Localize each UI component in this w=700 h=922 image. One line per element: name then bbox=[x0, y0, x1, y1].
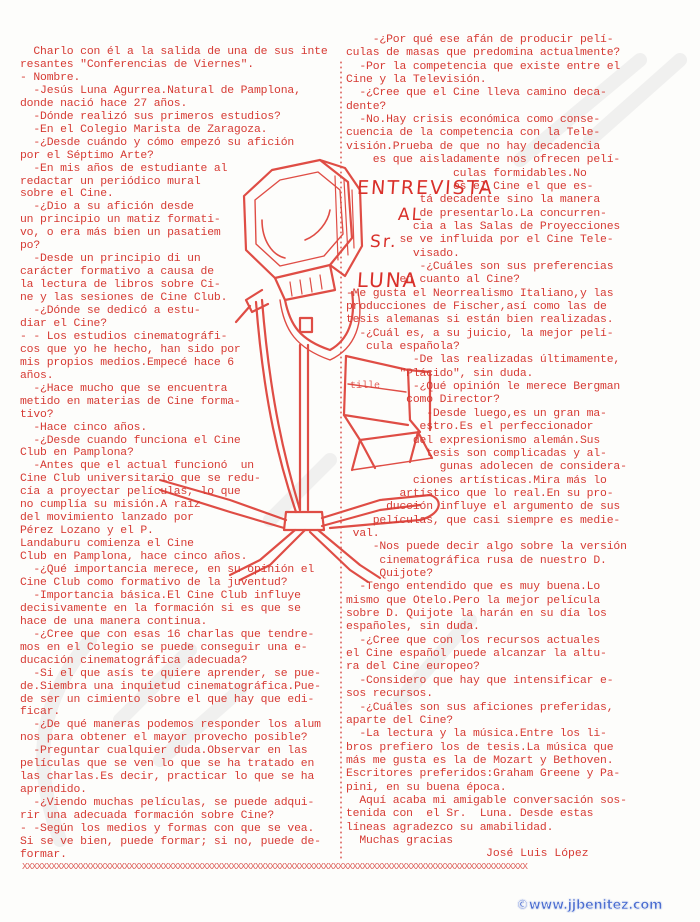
left-column-line: -¿Desde cuándo y cómo empezó su afición bbox=[20, 137, 294, 150]
right-column-line: más me gusta es la de Mozart y Bethoven. bbox=[346, 755, 613, 768]
left-column-line: -¿Viendo muchas películas, se puede adqu… bbox=[20, 797, 314, 810]
left-column-line: ducación cinematográfica adecuada? bbox=[20, 655, 247, 668]
right-column-line: culas formidables.No bbox=[346, 168, 587, 181]
right-column-line: españoles, sin duda. bbox=[346, 621, 480, 634]
right-column-line: -Considero que hay que intensificar e- bbox=[346, 675, 613, 688]
right-column-line: bros prefiero los de tesis.La música que bbox=[346, 742, 613, 755]
right-column-line: Escritores preferidos:Graham Greene y Pa… bbox=[346, 768, 620, 781]
right-column-line: ducción influye el argumento de sus bbox=[346, 501, 620, 514]
right-column-line: se ve influida por el Cine Tele- bbox=[346, 234, 613, 247]
left-column-line: - - Los estudios cinematográfi- bbox=[20, 331, 227, 344]
left-column-line: diar el Cine? bbox=[20, 318, 107, 331]
left-column-line: Pérez Lozano y el P. bbox=[20, 525, 154, 538]
left-column-line: Si se ve bien, puede formar; si no, pued… bbox=[20, 836, 321, 849]
right-column-line: tesis son complicadas y al- bbox=[346, 448, 607, 461]
left-column-line: -Importancia básica.El Cine Club influye bbox=[20, 590, 301, 603]
right-column-line: visado. bbox=[346, 248, 460, 261]
right-column-line: -¿Cuáles son sus preferencias bbox=[346, 261, 613, 274]
left-column-line: -En mis años de estudiante al bbox=[20, 163, 227, 176]
right-column-line: producciones de Fischer,así como las de bbox=[346, 301, 607, 314]
right-column-line: en cuanto al Cine? bbox=[346, 274, 520, 287]
right-column-line: culas de masas que predomina actualmente… bbox=[346, 47, 620, 60]
left-column-line: tivo? bbox=[20, 409, 53, 422]
left-column-line: resantes "Conferencias de Viernes". bbox=[20, 59, 254, 72]
left-column-line: formar. bbox=[20, 849, 67, 862]
right-column-line: como Director? bbox=[346, 394, 500, 407]
right-column-line: Muchas gracias bbox=[346, 835, 453, 848]
left-column-line: no cumplía su misión.A raíz bbox=[20, 499, 201, 512]
left-column-line: donde nació hace 27 años. bbox=[20, 98, 187, 111]
left-column-line: las charlas.Es decir, practicar lo que s… bbox=[20, 771, 314, 784]
right-column-line: cuencia de la competencia con la Tele- bbox=[346, 127, 600, 140]
left-column-line: -Hace cinco años. bbox=[20, 422, 147, 435]
right-column-line: dente? bbox=[346, 101, 386, 114]
left-column-line: carácter formativo a causa de bbox=[20, 266, 214, 279]
left-column-line: Club en Pamplona, hace cinco años. bbox=[20, 551, 247, 564]
right-column-line: artístico que lo real.En su pro- bbox=[346, 488, 613, 501]
right-column-line: -Nos puede decir algo sobre la versión bbox=[346, 541, 627, 554]
right-column-line: el Cine español puede alcanzar la altu- bbox=[346, 648, 607, 661]
left-column-line: ficar. bbox=[20, 706, 60, 719]
right-column-line: val. bbox=[346, 528, 379, 541]
left-column-line: redactar un periódico mural bbox=[20, 176, 201, 189]
footer-x-rule: XXXXXXXXXXXXXXXXXXXXXXXXXXXXXXXXXXXXXXXX… bbox=[22, 862, 662, 872]
right-column-line: es que aisladamente nos ofrecen pelí- bbox=[346, 154, 620, 167]
left-column-line: -¿De qué maneras podemos responder los a… bbox=[20, 719, 321, 732]
left-column-line: -¿Dio a su afición desde bbox=[20, 201, 194, 214]
left-column-line: años. bbox=[20, 370, 53, 383]
left-column-line: -Si el que asís te quiere aprender, se p… bbox=[20, 668, 321, 681]
copyright-watermark: ©www.jjbenitez.com bbox=[516, 898, 662, 913]
right-column-line: aparte del Cine? bbox=[346, 715, 453, 728]
right-column-line: Cine y la Televisión. bbox=[346, 74, 486, 87]
left-column-line: -Preguntar cualquier duda.Observar en la… bbox=[20, 745, 307, 758]
right-column-line: "Plácido", sin duda. bbox=[346, 368, 533, 381]
right-column-line: tesis alemanas si están bien realizadas. bbox=[346, 314, 613, 327]
right-column-line: -¿Cuáles son sus aficiones preferidas, bbox=[346, 702, 613, 715]
typewritten-page: tille ENTREVISTA AL Sr. LUNA Charlo con … bbox=[0, 0, 700, 922]
left-column-line: -Dónde realizó sus primeros estudios? bbox=[20, 111, 281, 124]
left-column-line: - Nombre. bbox=[20, 72, 80, 85]
left-column-line: -¿Hace mucho que se encuentra bbox=[20, 383, 227, 396]
left-column-line: -¿Desde cuando funciona el Cine bbox=[20, 435, 241, 448]
right-column-line: visión.Prueba de que no hay decadencia bbox=[346, 141, 600, 154]
left-column-line: hace de una manera continua. bbox=[20, 616, 207, 629]
right-column-line: -¿Cree que el Cine lleva camino deca- bbox=[346, 87, 607, 100]
left-column-line: -En el Colegio Marista de Zaragoza. bbox=[20, 124, 267, 137]
right-column-line: -No.Hay crisis económica como conse- bbox=[346, 114, 600, 127]
right-column-line: -Por la competencia que existe entre el bbox=[346, 61, 620, 74]
left-column-line: Cine Club universitario que se redu- bbox=[20, 473, 261, 486]
right-column-line: del expresionismo alemán.Sus bbox=[346, 435, 600, 448]
right-column-line: cula española? bbox=[346, 341, 460, 354]
left-column-line: rir una adecuada formación sobre Cine? bbox=[20, 810, 274, 823]
right-column-line: Aquí acaba mi amigable conversación sos- bbox=[346, 795, 627, 808]
left-column-line: por el Séptimo Arte? bbox=[20, 150, 154, 163]
left-column-line: Cine Club como formativo de la juventud? bbox=[20, 577, 287, 590]
right-column-line: cinematográfica rusa de nuestro D. bbox=[346, 555, 607, 568]
left-column-line: -Jesús Luna Agurrea.Natural de Pamplona, bbox=[20, 85, 301, 98]
column-divider bbox=[338, 60, 344, 860]
left-column-line: -Desde un principio di un bbox=[20, 253, 201, 266]
left-column-line: cos que yo he hecho, han sido por bbox=[20, 344, 241, 357]
right-column-line: tá decadente sino la manera bbox=[346, 194, 600, 207]
left-column-line: Charlo con él a la salida de una de sus … bbox=[20, 46, 328, 59]
right-column-line: -Me gusta el Neorrealismo Italiano,y las bbox=[346, 288, 613, 301]
left-column-line: po? bbox=[20, 240, 40, 253]
left-column-line: vo, o era más bien un pasatiem bbox=[20, 227, 221, 240]
left-column-line: -¿Cree que con esas 16 charlas que tendr… bbox=[20, 629, 314, 642]
left-column-line: decisivamente en la formación si es que … bbox=[20, 603, 301, 616]
right-column-line: tenida con el Sr. Luna. Desde estas bbox=[346, 808, 593, 821]
right-column-line: líneas agradezco su amabilidad. bbox=[346, 822, 553, 835]
right-column-line: -¿Cree que con los recursos actuales bbox=[346, 635, 600, 648]
right-column-line: -Desde luego,es un gran ma- bbox=[346, 408, 607, 421]
right-column-line: ciones artísticas.Mira más lo bbox=[346, 475, 607, 488]
right-column-line: es el Cine el que es- bbox=[346, 181, 593, 194]
right-column-line: gunas adolecen de considera- bbox=[346, 461, 627, 474]
left-column-line: metido en materias de Cine forma- bbox=[20, 396, 241, 409]
right-column-line: mismo que Otelo.Pero la mejor película bbox=[346, 595, 600, 608]
right-column-line: ra del Cine europeo? bbox=[346, 661, 480, 674]
right-column-line: de presentarlo.La concurren- bbox=[346, 208, 607, 221]
left-column-line: cía a proyectar películas, lo que bbox=[20, 486, 241, 499]
left-column-line: mos en el Colegio se puede conseguir una… bbox=[20, 642, 307, 655]
left-column-line: - -Según los medios y formas con que se … bbox=[20, 823, 314, 836]
right-column-line: -Tengo entendido que es muy buena.Lo bbox=[346, 581, 600, 594]
left-column-line: de.Siembra una inquietud cinematográfica… bbox=[20, 681, 321, 694]
right-column-line: Quijote? bbox=[346, 568, 433, 581]
left-column-line: mis propios medios.Empecé hace 6 bbox=[20, 357, 234, 370]
right-column-line: -De las realizadas últimamente, bbox=[346, 354, 620, 367]
right-column-line: -La lectura y la música.Entre los li- bbox=[346, 728, 607, 741]
right-column-line: sos recursos. bbox=[346, 688, 433, 701]
right-column-line: -¿Cuál es, a su juicio, la mejor pelí- bbox=[346, 328, 613, 341]
left-column-line: del movimiento lanzado por bbox=[20, 512, 194, 525]
left-column-line: -¿Qué importancia merece, en su opinión … bbox=[20, 564, 314, 577]
left-column-line: sobre el Cine. bbox=[20, 188, 114, 201]
right-column-line: -¿Por qué ese afán de producir pelí- bbox=[346, 34, 613, 47]
left-column-line: ne y las sesiones de Cine Club. bbox=[20, 292, 227, 305]
right-column-line: pini, en su buena época. bbox=[346, 782, 506, 795]
left-column-line: nos para obtener el mayor provecho posib… bbox=[20, 732, 307, 745]
right-column-line: sobre D. Quijote la harán en su día los bbox=[346, 608, 607, 621]
left-column-line: la lectura de libros sobre Ci- bbox=[20, 279, 221, 292]
right-column-line: cia a las Salas de Proyecciones bbox=[346, 221, 620, 234]
right-column-line: estro.Es el perfeccionador bbox=[346, 421, 593, 434]
right-column-line: películas, que casi siempre es medie- bbox=[346, 515, 620, 528]
left-column-line: de ser un cimiento sobre el que hay que … bbox=[20, 694, 314, 707]
left-column-line: aprendido. bbox=[20, 784, 87, 797]
left-column-line: películas que se ven lo que se ha tratad… bbox=[20, 758, 314, 771]
left-column-line: -Antes que el actual funcionó un bbox=[20, 460, 254, 473]
left-column-line: -¿Dónde se dedicó a estu- bbox=[20, 305, 201, 318]
left-column-line: un principio un matiz formati- bbox=[20, 214, 221, 227]
left-column-line: Landaburu comienza el Cine bbox=[20, 538, 194, 551]
signature: José Luis López bbox=[486, 848, 589, 860]
right-column-line: -¿Qué opinión le merece Bergman bbox=[346, 381, 620, 394]
left-column-line: Club en Pamplona? bbox=[20, 447, 134, 460]
